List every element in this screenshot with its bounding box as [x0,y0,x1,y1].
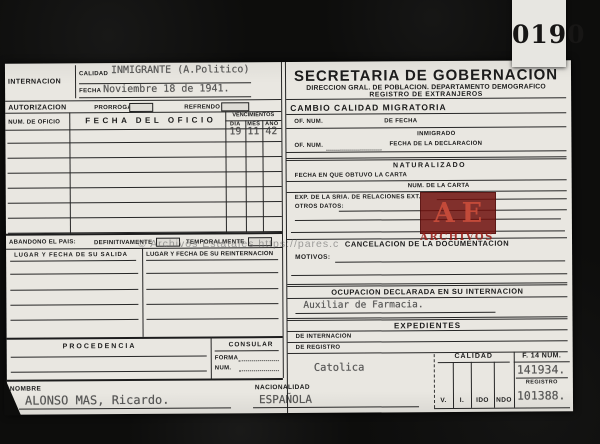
f14-value: 141934. [517,364,566,376]
rule-line [438,362,510,363]
f14-label: F. 14 NUM. [514,352,570,359]
forma-label: FORMA [215,355,239,361]
naturalizado-header: NATURALIZADO [377,162,483,170]
otros-datos-label: OTROS DATOS: [295,204,344,210]
calidad-col-ndo: NDO [494,398,514,405]
fecha-declaracion-label: FECHA DE LA DECLARACION [389,141,482,148]
religion-value: Catolica [314,363,365,374]
rule-line [11,356,207,358]
num-carta-label: NUM. DE LA CARTA [408,183,470,189]
rule-line [239,360,279,361]
rule-line [146,318,278,320]
rule-line [142,248,144,337]
de-registro-label: DE REGISTRO [296,345,341,351]
of-num-label: OF. NUM. [294,119,323,125]
archive-logo-watermark: AE [420,192,496,234]
nombre-label: NOMBRE [10,387,41,394]
procedencia-header: PROCEDENCIA [63,343,137,350]
rule-line [434,407,570,409]
calidad-col-i: I. [453,398,471,405]
rule-line [75,65,76,98]
calidad-col-v: V. [434,398,453,405]
ocupacion-value: Auxiliar de Farmacia. [303,300,423,310]
ocupacion-header: OCUPACION DECLARADA EN SU INTERNACION [287,287,567,296]
autorizacion-label: AUTORIZACION [8,104,66,111]
prorroga-checkbox [129,103,153,112]
abandono-label: ABANDONO EL PAIS: [9,239,76,245]
rule-line [146,288,278,290]
vencimiento-dia-value: 19 [229,127,241,137]
refrendo-label: REFRENDO [184,104,220,110]
rule-line [281,62,284,378]
rule-line [295,312,495,314]
rule-line [146,259,278,261]
rule-line [286,126,566,129]
of-num2-label: OF. NUM. [294,143,323,149]
calidad-col-ido: IDO [471,398,494,405]
consular-header: CONSULAR [229,342,274,349]
photo-number: 0190 [512,20,566,49]
rule-line [287,179,567,182]
rule-line [10,319,138,321]
oficio-fecha-header: FECHA DEL OFICIO [85,116,216,125]
page-title: SECRETARIA DE GOBERNACION [286,67,566,84]
registro-value: 101388. [517,390,566,402]
de-fecha-label: DE FECHA [384,118,417,124]
scan-background: INTERNACION CALIDAD INMIGRANTE (A.Politi… [0,0,600,444]
rule-line [79,96,251,98]
motivos-label: MOTIVOS: [295,255,330,262]
rule-line [7,378,283,382]
registro-label: REGISTRO [514,380,570,386]
rule-line [10,273,138,275]
rule-line [291,273,567,276]
watermark-credit-line: © Archivos Estatales https://pares.c [138,238,339,250]
photo-number-tab: 0190 [512,0,566,67]
vencimiento-ano-value: 42 [265,127,277,137]
rule-line [146,272,278,274]
rule-line [10,260,136,262]
rule-line [11,371,207,373]
rule-line [19,407,231,409]
num-label: NUM. [215,365,232,371]
prorroga-label: PRORROGA [94,105,132,111]
archive-logo-initials: AE [427,198,490,229]
rule-line [239,370,279,371]
rule-line [8,186,282,189]
rule-line [8,216,282,219]
rule-line [7,141,281,144]
rule-line [516,377,568,378]
rule-line [146,303,278,305]
fecha-label: FECHA [79,88,101,94]
exp-sria-label: EXP. DE LA SRIA. DE RELACIONES EXT. [295,194,421,201]
rule-line [288,340,568,343]
rule-line [215,350,279,351]
fecha-value: Noviembre 18 de 1941. [103,84,229,95]
rule-line [10,304,138,306]
salida-header: LUGAR Y FECHA DE SU SALIDA [14,252,128,259]
vencimiento-mes-value: 11 [247,127,259,137]
archive-logo-caption: ARCHIVOS [415,232,499,243]
rule-line [211,336,212,378]
inmigrado-label: INMIGRADO [406,131,466,137]
fecha-carta-label: FECHA EN QUE OBTUVO LA CARTA [295,172,408,179]
refrendo-checkbox [221,102,249,111]
oficio-num-header: NUM. DE OFICIO [8,119,60,125]
calidad-value: INMIGRANTE (A.Politico) [111,65,250,76]
rule-line [335,260,565,262]
vencimientos-header: VENCIMIENTOS [225,113,281,119]
nombre-value: ALONSO MAS, Ricardo. [25,394,170,407]
rule-line [287,296,567,299]
rule-line [10,289,138,291]
rule-line [8,201,282,204]
rule-line [8,171,282,174]
rule-line [7,336,283,340]
calidad-box-header: CALIDAD [434,353,514,360]
internacion-label: INTERNACION [8,78,61,85]
calidad-label: CALIDAD [79,71,108,77]
cambio-calidad-header: CAMBIO CALIDAD MIGRATORIA [290,103,446,112]
reinternacion-header: LUGAR Y FECHA DE SU REINTERNACION [146,251,273,258]
rule-line [8,156,282,159]
de-internacion-label: DE INTERNACION [296,334,352,340]
